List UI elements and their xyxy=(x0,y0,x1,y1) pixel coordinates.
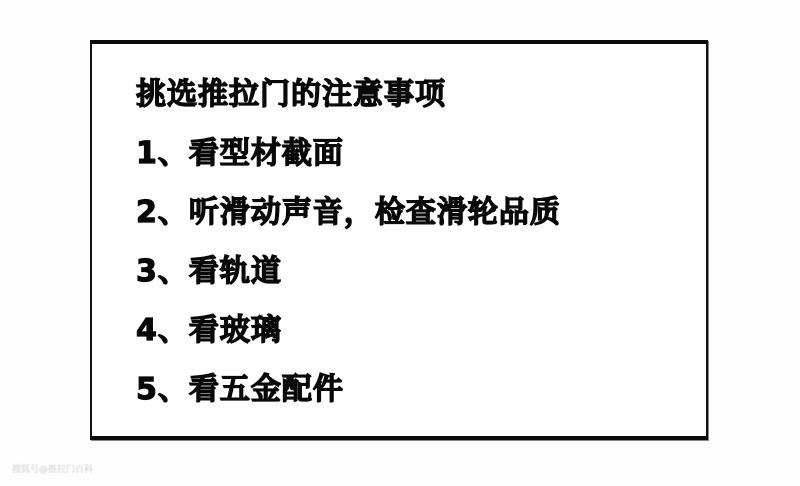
list-item-5: 5、看五金配件 xyxy=(136,373,344,407)
content-card: 挑选推拉门的注意事项 1、看型材截面 2、听滑动声音，检查滑轮品质 3、看轨道 … xyxy=(90,40,708,440)
watermark: 搜狐号@推拉门百科 xyxy=(12,462,93,475)
list-item-1: 1、看型材截面 xyxy=(136,137,344,171)
page: 挑选推拉门的注意事项 1、看型材截面 2、听滑动声音，检查滑轮品质 3、看轨道 … xyxy=(0,0,800,486)
list-item-4: 4、看玻璃 xyxy=(136,314,282,348)
card-title: 挑选推拉门的注意事项 xyxy=(136,78,446,112)
list-item-3: 3、看轨道 xyxy=(136,255,282,289)
list-item-2: 2、听滑动声音，检查滑轮品质 xyxy=(136,196,561,230)
